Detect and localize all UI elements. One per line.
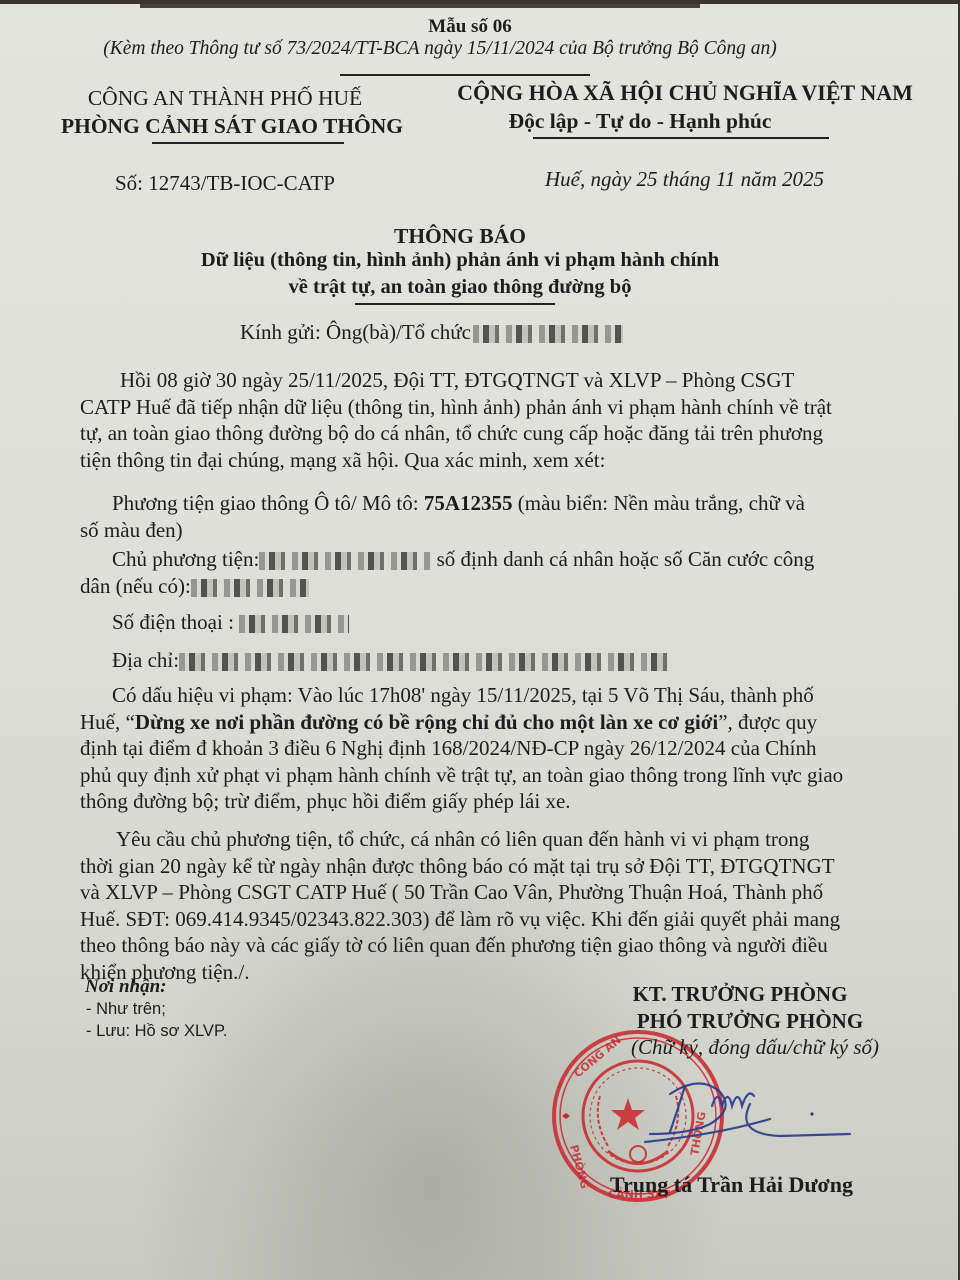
- address-line: Địa chỉ:: [80, 647, 880, 674]
- recipients-block: Nơi nhận: - Như trên; - Lưu: Hồ sơ XLVP.: [85, 976, 227, 1042]
- phone-line: Số điện thoại :: [80, 609, 880, 636]
- violation-line: Huế, “Dừng xe nơi phần đường có bề rộng …: [80, 709, 880, 736]
- nation-name: CỘNG HÒA XÃ HỘI CHỦ NGHĨA VIỆT NAM: [440, 80, 930, 106]
- id-label: số định danh cá nhân hoặc số Căn cước cô…: [431, 547, 814, 571]
- divider: [533, 137, 829, 139]
- address-label: Địa chỉ:: [112, 648, 179, 672]
- page-top-edge: [140, 4, 700, 8]
- intro-line: tiện thông tin đại chúng, mạng xã hội. Q…: [80, 447, 880, 474]
- vehicle-line: số màu đen): [80, 517, 880, 544]
- redacted-id-number: [191, 579, 309, 597]
- document-number: Số: 12743/TB-IOC-CATP: [115, 171, 335, 196]
- vehicle-line: Phương tiện giao thông Ô tô/ Mô tô: 75A1…: [80, 490, 880, 517]
- form-reference: (Kèm theo Thông tư số 73/2024/TT-BCA ngà…: [0, 38, 880, 60]
- intro-line: CATP Huế đã tiếp nhận dữ liệu (thông tin…: [80, 394, 880, 421]
- redacted-owner-name: [259, 552, 431, 570]
- agency-parent: CÔNG AN THÀNH PHỐ HUẾ: [60, 86, 390, 111]
- owner-label: Chủ phương tiện:: [112, 547, 259, 571]
- signer-name: Trung tá Trần Hải Dương: [610, 1172, 853, 1198]
- recipients-heading: Nơi nhận:: [85, 976, 227, 998]
- intro-paragraph: Hồi 08 giờ 30 ngày 25/11/2025, Đội TT, Đ…: [80, 367, 880, 473]
- request-paragraph: Yêu cầu chủ phương tiện, tổ chức, cá nhâ…: [80, 826, 880, 985]
- recipient-item: - Lưu: Hồ sơ XLVP.: [86, 1020, 227, 1042]
- vehicle-label: Phương tiện giao thông Ô tô/ Mô tô:: [112, 491, 424, 515]
- request-line: Yêu cầu chủ phương tiện, tổ chức, cá nhâ…: [80, 826, 880, 853]
- violation-paragraph: Có dấu hiệu vi phạm: Vào lúc 17h08' ngày…: [80, 682, 880, 815]
- request-line: và XLVP – Phòng CSGT CATP Huế ( 50 Trần …: [80, 879, 880, 906]
- recipient-item: - Như trên;: [86, 998, 227, 1020]
- document-date: Huế, ngày 25 tháng 11 năm 2025: [545, 167, 824, 192]
- divider: [355, 303, 555, 305]
- violation-line: Có dấu hiệu vi phạm: Vào lúc 17h08' ngày…: [80, 682, 880, 709]
- license-plate: 75A12355: [424, 491, 513, 515]
- violation-line: thông đường bộ; trừ điểm, phục hồi điểm …: [80, 788, 880, 815]
- offense-description: Dừng xe nơi phần đường có bề rộng chỉ đủ…: [135, 710, 718, 734]
- phone-label: Số điện thoại :: [112, 610, 234, 634]
- document-page: Mẫu số 06 (Kèm theo Thông tư số 73/2024/…: [0, 4, 958, 1280]
- divider: [152, 142, 344, 144]
- violation-text: Huế, “: [80, 710, 135, 734]
- handwritten-signature-icon: [640, 1064, 880, 1154]
- document-subtitle-line1: Dữ liệu (thông tin, hình ảnh) phản ánh v…: [0, 249, 920, 272]
- signature-note: (Chữ ký, đóng dấu/chữ ký số): [560, 1035, 950, 1060]
- intro-line: tự, an toàn giao thông đường bộ do cá nh…: [80, 420, 880, 447]
- document-title: THÔNG BÁO: [0, 224, 920, 249]
- violation-line: phủ quy định xử phạt vi phạm hành chính …: [80, 762, 880, 789]
- agency-name: PHÒNG CẢNH SÁT GIAO THÔNG: [42, 114, 422, 139]
- form-number: Mẫu số 06: [0, 16, 940, 38]
- addressee-line: Kính gửi: Ông(bà)/Tổ chức: [240, 320, 623, 345]
- violation-line: định tại điểm đ khoản 3 điều 6 Nghị định…: [80, 735, 880, 762]
- signature-title-line1: KT. TRƯỞNG PHÒNG: [560, 982, 920, 1007]
- request-line: thời gian 20 ngày kể từ ngày nhận được t…: [80, 853, 880, 880]
- owner-line: Chủ phương tiện: số định danh cá nhân ho…: [80, 546, 880, 573]
- owner-line: dân (nếu có):: [80, 573, 880, 600]
- plate-color-note: (màu biển: Nền màu trắng, chữ và: [513, 491, 805, 515]
- id-label-cont: dân (nếu có):: [80, 574, 191, 598]
- intro-line: Hồi 08 giờ 30 ngày 25/11/2025, Đội TT, Đ…: [80, 367, 880, 394]
- national-motto: Độc lập - Tự do - Hạnh phúc: [440, 109, 840, 134]
- violation-text: ”, được quy: [718, 710, 817, 734]
- request-line: Huế. SĐT: 069.414.9345/02343.822.303) để…: [80, 906, 880, 933]
- divider: [340, 74, 590, 76]
- addressee-label: Kính gửi: Ông(bà)/Tổ chức: [240, 320, 471, 344]
- vehicle-paragraph: Phương tiện giao thông Ô tô/ Mô tô: 75A1…: [80, 490, 880, 543]
- owner-paragraph: Chủ phương tiện: số định danh cá nhân ho…: [80, 546, 880, 599]
- request-line: theo thông báo này và các giấy tờ có liê…: [80, 932, 880, 959]
- document-subtitle-line2: về trật tự, an toàn giao thông đường bộ: [0, 276, 920, 299]
- redacted-addressee: [473, 325, 623, 343]
- redacted-address: [179, 653, 669, 671]
- redacted-phone: [239, 615, 349, 633]
